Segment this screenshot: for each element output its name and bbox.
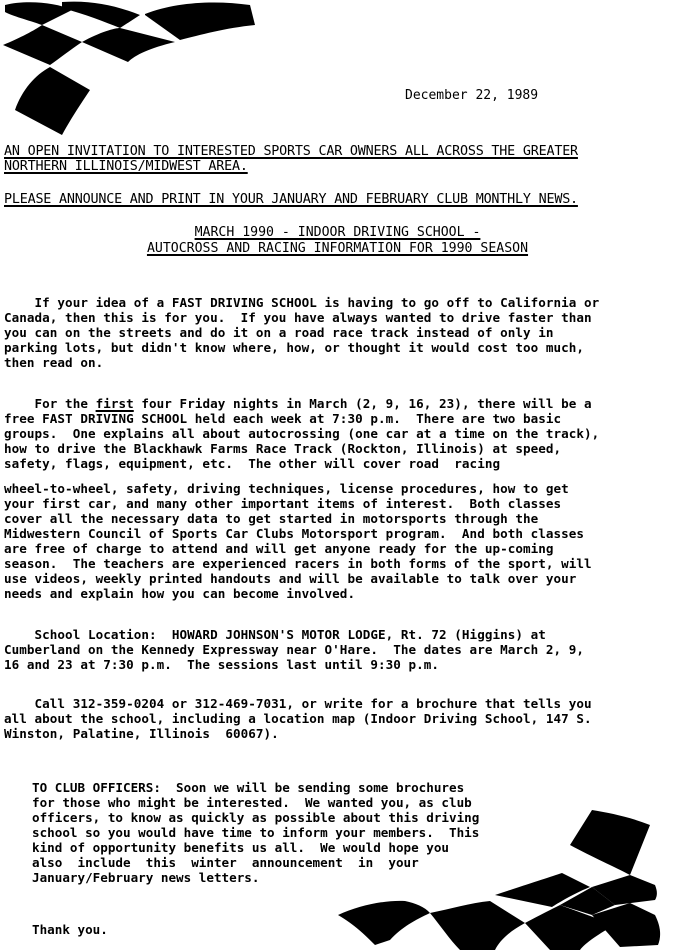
invitation-heading-line-2: NORTHERN ILLINOIS/MIDWEST AREA. (4, 160, 248, 174)
announce-heading: PLEASE ANNOUNCE AND PRINT IN YOUR JANUAR… (4, 193, 578, 207)
text-line: wheel-to-wheel, safety, driving techniqu… (4, 482, 672, 496)
text-line: groups. One explains all about autocross… (4, 427, 672, 441)
title-line-2: AUTOCROSS AND RACING INFORMATION FOR 199… (0, 242, 675, 256)
text-line: needs and explain how you can become inv… (4, 587, 672, 601)
text-line: Canada, then this is for you. If you hav… (4, 311, 672, 325)
title-text-1: MARCH 1990 - INDOOR DRIVING SCHOOL - (195, 225, 481, 240)
text-line: you can on the streets and do it on a ro… (4, 326, 672, 340)
text-span: four Friday nights in March (2, 9, 16, 2… (134, 396, 592, 411)
checkered-flag-icon (330, 805, 675, 950)
text-line: free FAST DRIVING SCHOOL held each week … (4, 412, 672, 426)
closing-thank-you: Thank you. (32, 923, 108, 937)
text-line: For the first four Friday nights in Marc… (4, 397, 672, 411)
checkered-flag-icon (0, 0, 260, 140)
text-line: TO CLUB OFFICERS: Soon we will be sendin… (32, 781, 552, 795)
text-line: If your idea of a FAST DRIVING SCHOOL is… (4, 296, 672, 310)
text-line: 16 and 23 at 7:30 p.m. The sessions last… (4, 658, 672, 672)
text-line: are free of charge to attend and will ge… (4, 542, 672, 556)
title-text-2: AUTOCROSS AND RACING INFORMATION FOR 199… (147, 241, 528, 256)
invitation-heading-line-1: AN OPEN INVITATION TO INTERESTED SPORTS … (4, 145, 578, 159)
text-line: Winston, Palatine, Illinois 60067). (4, 727, 672, 741)
text-line: how to drive the Blackhawk Farms Race Tr… (4, 442, 672, 456)
letter-date: December 22, 1989 (405, 89, 538, 103)
text-line: safety, flags, equipment, etc. The other… (4, 457, 672, 471)
emphasis-first: first (96, 396, 134, 411)
text-line: cover all the necessary data to get star… (4, 512, 672, 526)
text-line: season. The teachers are experienced rac… (4, 557, 672, 571)
text-span: For the (4, 396, 96, 411)
text-line: Cumberland on the Kennedy Expressway nea… (4, 643, 672, 657)
text-line: all about the school, including a locati… (4, 712, 672, 726)
text-line: your first car, and many other important… (4, 497, 672, 511)
text-line: parking lots, but didn't know where, how… (4, 341, 672, 355)
title-line-1: MARCH 1990 - INDOOR DRIVING SCHOOL - (0, 226, 675, 240)
text-line: School Location: HOWARD JOHNSON'S MOTOR … (4, 628, 672, 642)
text-line: Call 312-359-0204 or 312-469-7031, or wr… (4, 697, 672, 711)
text-line: use videos, weekly printed handouts and … (4, 572, 672, 586)
text-line: Midwestern Council of Sports Car Clubs M… (4, 527, 672, 541)
text-line: then read on. (4, 356, 672, 370)
